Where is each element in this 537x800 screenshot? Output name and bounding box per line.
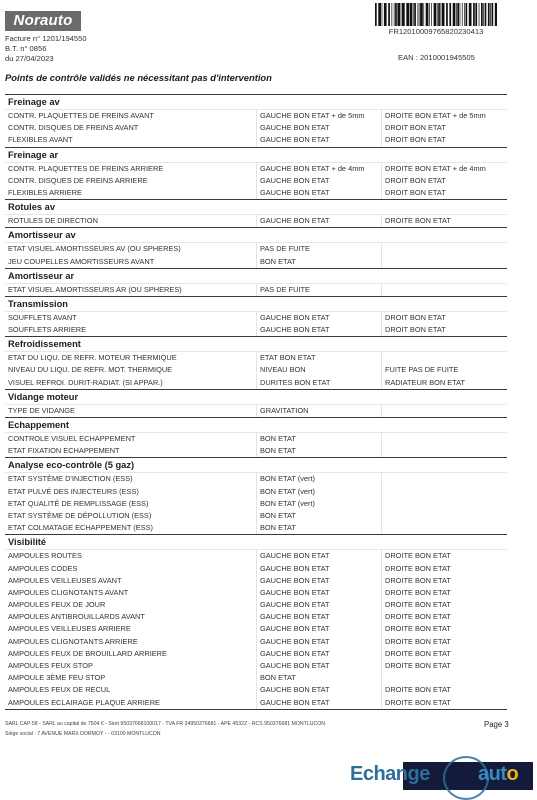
table-row: AMPOULES VEILLEUSES AVANTGAUCHE BON ETAT… [5, 575, 507, 587]
check-item: CONTR. PLAQUETTES DE FREINS AVANT [5, 110, 256, 122]
check-item: ETAT SYSTÈME DE DÉPOLLUTION (ESS) [5, 510, 256, 522]
result-left: GAUCHE BON ETAT [256, 215, 381, 227]
result-left: GRAVITATION [256, 405, 381, 417]
result-right [381, 352, 507, 364]
table-row: JEU COUPELLES AMORTISSEURS AVANTBON ETAT [5, 256, 507, 268]
table-row: FLEXIBLES ARRIEREGAUCHE BON ETATDROIT BO… [5, 187, 507, 199]
check-item: ETAT SYSTÈME D'INJECTION (ESS) [5, 473, 256, 485]
norauto-logo: Norauto [5, 11, 81, 31]
result-left: BON ETAT [256, 433, 381, 445]
result-right: DROITE BON ETAT [381, 636, 507, 648]
result-right [381, 256, 507, 268]
result-left: GAUCHE BON ETAT [256, 312, 381, 324]
section-4: Amortisseur arETAT VISUEL AMORTISSEURS A… [5, 268, 507, 296]
result-right [381, 672, 507, 684]
result-left: ETAT BON ETAT [256, 352, 381, 364]
result-right: DROIT BON ETAT [381, 134, 507, 146]
result-right: DROITE BON ETAT + de 4mm [381, 163, 507, 175]
check-item: ETAT QUALITÉ DE REMPLISSAGE (ESS) [5, 498, 256, 510]
result-right: FUITE PAS DE FUITE [381, 364, 507, 376]
table-row: ETAT VISUEL AMORTISSEURS AR (OU SPHERES)… [5, 284, 507, 296]
table-row: ETAT DU LIQU. DE REFR. MOTEUR THERMIQUEE… [5, 352, 507, 364]
table-row: CONTR. PLAQUETTES DE FREINS AVANTGAUCHE … [5, 110, 507, 122]
table-row: CONTR. DISQUES DE FREINS AVANTGAUCHE BON… [5, 122, 507, 134]
invoice-date: du 27/04/2023 [5, 54, 87, 64]
table-row: AMPOULES FEUX DE RECULGAUCHE BON ETATDRO… [5, 684, 507, 696]
result-right [381, 445, 507, 457]
result-left: GAUCHE BON ETAT [256, 648, 381, 660]
section-title: Vidange moteur [5, 389, 507, 405]
check-item: JEU COUPELLES AMORTISSEURS AVANT [5, 256, 256, 268]
result-left: BON ETAT [256, 256, 381, 268]
result-left: PAS DE FUITE [256, 243, 381, 255]
result-right: DROITE BON ETAT [381, 684, 507, 696]
section-0: Freinage avCONTR. PLAQUETTES DE FREINS A… [5, 94, 507, 147]
barcode-icon [375, 3, 497, 26]
section-title: Rotules av [5, 199, 507, 215]
section-title: Refroidissement [5, 336, 507, 352]
result-left: BON ETAT (vert) [256, 498, 381, 510]
result-right [381, 433, 507, 445]
table-row: AMPOULES FEUX DE JOURGAUCHE BON ETATDROI… [5, 599, 507, 611]
result-left: GAUCHE BON ETAT [256, 587, 381, 599]
check-item: CONTR. PLAQUETTES DE FREINS ARRIERE [5, 163, 256, 175]
check-item: AMPOULES CLIGNOTANTS AVANT [5, 587, 256, 599]
page-number: Page 3 [484, 720, 509, 729]
result-left: GAUCHE BON ETAT [256, 175, 381, 187]
section-title: Analyse eco-contrôle (5 gaz) [5, 457, 507, 473]
table-row: ETAT VISUEL AMORTISSEURS AV (OU SPHERES)… [5, 243, 507, 255]
check-item: ETAT VISUEL AMORTISSEURS AV (OU SPHERES) [5, 243, 256, 255]
result-right [381, 522, 507, 534]
table-row: ETAT SYSTÈME D'INJECTION (ESS)BON ETAT (… [5, 473, 507, 485]
table-row: AMPOULES ANTIBROUILLARDS AVANTGAUCHE BON… [5, 611, 507, 623]
result-left: GAUCHE BON ETAT + de 5mm [256, 110, 381, 122]
section-1: Freinage arCONTR. PLAQUETTES DE FREINS A… [5, 147, 507, 200]
section-title: Freinage av [5, 94, 507, 110]
table-row: AMPOULES FEUX DE BROUILLARD ARRIEREGAUCH… [5, 648, 507, 660]
result-left: GAUCHE BON ETAT [256, 563, 381, 575]
check-item: ETAT DU LIQU. DE REFR. MOTEUR THERMIQUE [5, 352, 256, 364]
result-left: GAUCHE BON ETAT + de 4mm [256, 163, 381, 175]
check-item: AMPOULES CODES [5, 563, 256, 575]
result-left: BON ETAT [256, 522, 381, 534]
check-item: VISUEL REFROI. DURIT-RADIAT. (SI APPAR.) [5, 377, 256, 389]
result-left: GAUCHE BON ETAT [256, 636, 381, 648]
check-item: AMPOULES ANTIBROUILLARDS AVANT [5, 611, 256, 623]
page-subtitle: Points de contrôle validés ne nécessitan… [5, 72, 272, 83]
result-left: BON ETAT (vert) [256, 473, 381, 485]
table-row: AMPOULES ROUTESGAUCHE BON ETATDROITE BON… [5, 550, 507, 562]
result-right [381, 243, 507, 255]
table-row: TYPE DE VIDANGEGRAVITATION [5, 405, 507, 417]
result-right [381, 498, 507, 510]
table-row: ETAT PULVÉ DES INJECTEURS (ESS)BON ETAT … [5, 486, 507, 498]
check-item: AMPOULES ROUTES [5, 550, 256, 562]
table-row: AMPOULES CODESGAUCHE BON ETATDROITE BON … [5, 563, 507, 575]
check-item: ETAT COLMATAGE ECHAPPEMENT (ESS) [5, 522, 256, 534]
table-row: ETAT FIXATION ECHAPPEMENTBON ETAT [5, 445, 507, 457]
table-row: SOUFFLETS AVANTGAUCHE BON ETATDROIT BON … [5, 312, 507, 324]
result-right: DROITE BON ETAT [381, 575, 507, 587]
section-7: Vidange moteurTYPE DE VIDANGEGRAVITATION [5, 389, 507, 417]
result-right: DROITE BON ETAT [381, 697, 507, 709]
result-left: PAS DE FUITE [256, 284, 381, 296]
footer-address: Siège social : 7 AVENUE MARX DORMOY - - … [5, 731, 160, 737]
table-row: NIVEAU DU LIQU. DE REFR. MOT. THERMIQUEN… [5, 364, 507, 376]
invoice-number: Facture n° 1201/194550 [5, 34, 87, 44]
section-5: TransmissionSOUFFLETS AVANTGAUCHE BON ET… [5, 296, 507, 336]
result-right: DROIT BON ETAT [381, 324, 507, 336]
table-row: ETAT COLMATAGE ECHAPPEMENT (ESS)BON ETAT [5, 522, 507, 534]
check-item: ETAT VISUEL AMORTISSEURS AR (OU SPHERES) [5, 284, 256, 296]
check-item: ROTULES DE DIRECTION [5, 215, 256, 227]
check-item: AMPOULE 3ÈME FEU STOP [5, 672, 256, 684]
table-row: AMPOULES VEILLEUSES ARRIEREGAUCHE BON ET… [5, 623, 507, 635]
table-row: ROTULES DE DIRECTIONGAUCHE BON ETATDROIT… [5, 215, 507, 227]
result-right: DROITE BON ETAT [381, 550, 507, 562]
check-item: AMPOULES CLIGNOTANTS ARRIERE [5, 636, 256, 648]
section-title: Amortisseur ar [5, 268, 507, 284]
check-item: CONTROLE VISUEL ECHAPPEMENT [5, 433, 256, 445]
echangeauto-watermark: Echange auto [350, 758, 537, 800]
result-right: DROITE BON ETAT [381, 611, 507, 623]
table-row: ETAT QUALITÉ DE REMPLISSAGE (ESS)BON ETA… [5, 498, 507, 510]
table-row: AMPOULES ECLAIRAGE PLAQUE ARRIEREGAUCHE … [5, 697, 507, 709]
result-left: NIVEAU BON [256, 364, 381, 376]
result-right: DROITE BON ETAT [381, 587, 507, 599]
check-item: CONTR. DISQUES DE FREINS AVANT [5, 122, 256, 134]
table-row: CONTR. DISQUES DE FREINS ARRIEREGAUCHE B… [5, 175, 507, 187]
check-item: AMPOULES FEUX DE BROUILLARD ARRIERE [5, 648, 256, 660]
ean-code: EAN : 2010001945505 [398, 53, 475, 62]
result-left: GAUCHE BON ETAT [256, 599, 381, 611]
section-9: Analyse eco-contrôle (5 gaz)ETAT SYSTÈME… [5, 457, 507, 534]
section-10: VisibilitéAMPOULES ROUTESGAUCHE BON ETAT… [5, 534, 507, 708]
check-item: AMPOULES ECLAIRAGE PLAQUE ARRIERE [5, 697, 256, 709]
result-right: DROIT BON ETAT [381, 175, 507, 187]
result-right [381, 405, 507, 417]
section-title: Amortisseur av [5, 227, 507, 243]
result-right: DROITE BON ETAT [381, 563, 507, 575]
invoice-meta: Facture n° 1201/194550 B.T. n° 0856 du 2… [5, 34, 87, 64]
section-title: Freinage ar [5, 147, 507, 163]
check-item: CONTR. DISQUES DE FREINS ARRIERE [5, 175, 256, 187]
section-3: Amortisseur avETAT VISUEL AMORTISSEURS A… [5, 227, 507, 267]
check-item: SOUFFLETS AVANT [5, 312, 256, 324]
result-left: GAUCHE BON ETAT [256, 684, 381, 696]
barcode-number: FR12010009765820230413 [375, 27, 497, 36]
result-left: GAUCHE BON ETAT [256, 550, 381, 562]
footer-legal: SARL CAP 58 - SARL au capital de 7504 € … [5, 721, 325, 727]
result-left: BON ETAT [256, 510, 381, 522]
result-right: DROITE BON ETAT [381, 623, 507, 635]
result-right: DROIT BON ETAT [381, 122, 507, 134]
result-right [381, 473, 507, 485]
result-right [381, 284, 507, 296]
section-2: Rotules avROTULES DE DIRECTIONGAUCHE BON… [5, 199, 507, 227]
check-item: TYPE DE VIDANGE [5, 405, 256, 417]
result-right [381, 486, 507, 498]
result-left: GAUCHE BON ETAT [256, 623, 381, 635]
result-left: GAUCHE BON ETAT [256, 187, 381, 199]
inspection-table: Freinage avCONTR. PLAQUETTES DE FREINS A… [5, 94, 507, 710]
result-left: GAUCHE BON ETAT [256, 134, 381, 146]
table-row: AMPOULE 3ÈME FEU STOPBON ETAT [5, 672, 507, 684]
result-left: GAUCHE BON ETAT [256, 122, 381, 134]
result-left: DURITES BON ETAT [256, 377, 381, 389]
check-item: SOUFFLETS ARRIERE [5, 324, 256, 336]
section-8: EchappementCONTROLE VISUEL ECHAPPEMENTBO… [5, 417, 507, 457]
section-title: Echappement [5, 417, 507, 433]
table-row: CONTROLE VISUEL ECHAPPEMENTBON ETAT [5, 433, 507, 445]
result-right [381, 510, 507, 522]
table-row: AMPOULES FEUX STOPGAUCHE BON ETATDROITE … [5, 660, 507, 672]
check-item: AMPOULES FEUX DE RECUL [5, 684, 256, 696]
check-item: ETAT FIXATION ECHAPPEMENT [5, 445, 256, 457]
table-row: AMPOULES CLIGNOTANTS AVANTGAUCHE BON ETA… [5, 587, 507, 599]
check-item: AMPOULES FEUX STOP [5, 660, 256, 672]
result-left: GAUCHE BON ETAT [256, 697, 381, 709]
result-left: GAUCHE BON ETAT [256, 611, 381, 623]
section-title: Visibilité [5, 534, 507, 550]
result-right: DROITE BON ETAT [381, 648, 507, 660]
table-row: AMPOULES CLIGNOTANTS ARRIEREGAUCHE BON E… [5, 636, 507, 648]
result-right: RADIATEUR BON ETAT [381, 377, 507, 389]
result-right: DROIT BON ETAT [381, 187, 507, 199]
check-item: AMPOULES FEUX DE JOUR [5, 599, 256, 611]
check-item: AMPOULES VEILLEUSES ARRIERE [5, 623, 256, 635]
section-6: RefroidissementETAT DU LIQU. DE REFR. MO… [5, 336, 507, 389]
table-row: ETAT SYSTÈME DE DÉPOLLUTION (ESS)BON ETA… [5, 510, 507, 522]
table-row: FLEXIBLES AVANTGAUCHE BON ETATDROIT BON … [5, 134, 507, 146]
result-left: BON ETAT (vert) [256, 486, 381, 498]
result-right: DROITE BON ETAT [381, 660, 507, 672]
watermark-text-echange: Echange [350, 763, 430, 786]
check-item: ETAT PULVÉ DES INJECTEURS (ESS) [5, 486, 256, 498]
result-right: DROITE BON ETAT + de 5mm [381, 110, 507, 122]
table-row: SOUFFLETS ARRIEREGAUCHE BON ETATDROIT BO… [5, 324, 507, 336]
watermark-text-auto: auto [478, 763, 518, 786]
check-item: AMPOULES VEILLEUSES AVANT [5, 575, 256, 587]
result-left: GAUCHE BON ETAT [256, 575, 381, 587]
result-right: DROIT BON ETAT [381, 312, 507, 324]
check-item: FLEXIBLES ARRIERE [5, 187, 256, 199]
check-item: NIVEAU DU LIQU. DE REFR. MOT. THERMIQUE [5, 364, 256, 376]
table-end-rule [5, 709, 507, 710]
result-right: DROITE BON ETAT [381, 215, 507, 227]
result-left: GAUCHE BON ETAT [256, 324, 381, 336]
check-item: FLEXIBLES AVANT [5, 134, 256, 146]
work-order-number: B.T. n° 0856 [5, 44, 87, 54]
table-row: VISUEL REFROI. DURIT-RADIAT. (SI APPAR.)… [5, 377, 507, 389]
result-left: BON ETAT [256, 672, 381, 684]
result-left: GAUCHE BON ETAT [256, 660, 381, 672]
result-right: DROITE BON ETAT [381, 599, 507, 611]
section-title: Transmission [5, 296, 507, 312]
result-left: BON ETAT [256, 445, 381, 457]
table-row: CONTR. PLAQUETTES DE FREINS ARRIEREGAUCH… [5, 163, 507, 175]
